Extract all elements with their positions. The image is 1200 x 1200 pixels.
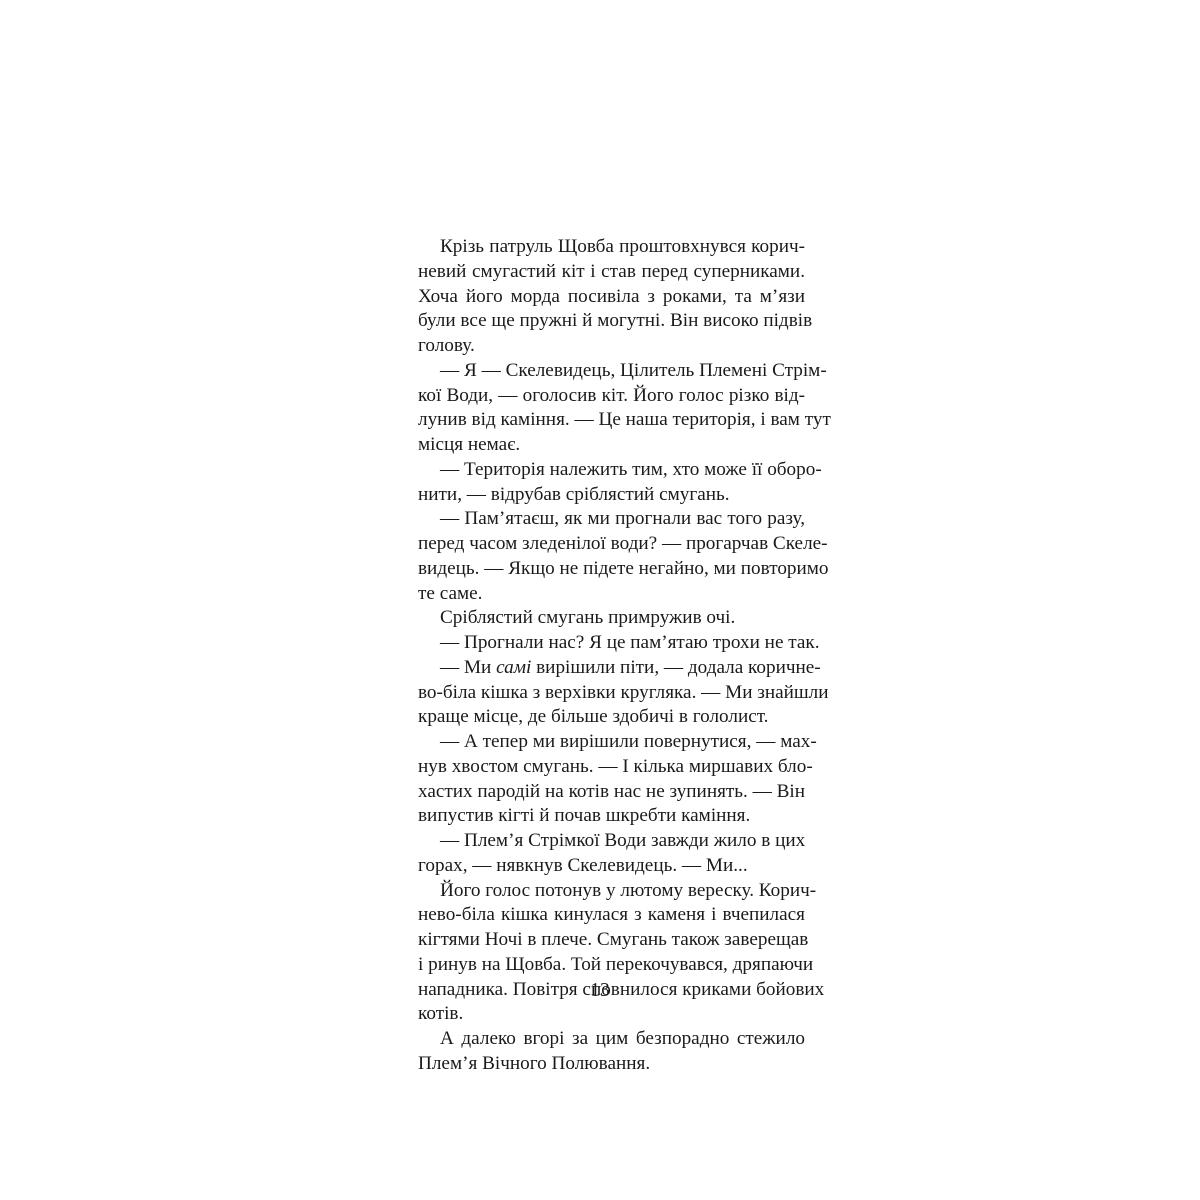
text-line: нув хвостом смугань. — І кілька миршавих…: [396, 755, 805, 780]
text-line: — А тепер ми вирішили повернутися, — мах…: [396, 730, 805, 755]
paragraph: Сріблястий смугань примружив очі.: [396, 606, 805, 631]
text-segment: — Ми: [440, 657, 496, 678]
text-line: Сріблястий смугань примружив очі.: [396, 606, 805, 631]
text-line: А далеко вгорі за цим безпорадно стежило: [396, 1027, 805, 1052]
text-line: нити, — відрубав сріблястий смугань.: [396, 483, 805, 508]
text-line: — Плем’я Стрімкої Води завжди жило в цих: [396, 829, 805, 854]
text-line: були все ще пружні й могутні. Він високо…: [396, 309, 805, 334]
text-line: во-біла кішка з верхівки кругляка. — Ми …: [396, 681, 805, 706]
text-line: кігтями Ночі в плече. Смугань також заве…: [396, 928, 805, 953]
text-line: Хоча його морда посивіла з роками, та м’…: [396, 285, 805, 310]
text-line: Його голос потонув у лютому вереску. Кор…: [396, 879, 805, 904]
text-line: — Територія належить тим, хто може її об…: [396, 458, 805, 483]
text-line: голову.: [396, 334, 805, 359]
paragraph: — Плем’я Стрімкої Води завжди жило в цих…: [396, 829, 805, 879]
text-line: Плем’я Вічного Полювання.: [396, 1052, 805, 1077]
text-line: випустив кігті й почав шкребти каміння.: [396, 804, 805, 829]
paragraph: — Ми самі вирішили піти, — додала коричн…: [396, 656, 805, 730]
text-line: кої Води, — оголосив кіт. Його голос різ…: [396, 384, 805, 409]
paragraph: — А тепер ми вирішили повернутися, — мах…: [396, 730, 805, 829]
text-line: невий смугастий кіт і став перед суперни…: [396, 260, 805, 285]
text-line: горах, — нявкнув Скелевидець. — Ми...: [396, 854, 805, 879]
paragraph: — Територія належить тим, хто може її об…: [396, 458, 805, 508]
paragraph: — Пам’ятаєш, як ми прогнали вас того раз…: [396, 507, 805, 606]
text-line: те саме.: [396, 582, 805, 607]
text-line: нево-біла кішка кинулася з каменя і вчеп…: [396, 903, 805, 928]
paragraph: А далеко вгорі за цим безпорадно стежило…: [396, 1027, 805, 1077]
book-page: Крізь патруль Щовба проштовхнувся корич-…: [0, 0, 1200, 1200]
page-number: 13: [0, 980, 1200, 1002]
paragraph: Крізь патруль Щовба проштовхнувся корич-…: [396, 235, 805, 359]
text-line: краще місце, де більше здобичі в гололис…: [396, 705, 805, 730]
text-line: — Ми самі вирішили піти, — додала коричн…: [396, 656, 805, 681]
emphasized-word: самі: [496, 657, 531, 678]
paragraph: Його голос потонув у лютому вереску. Кор…: [396, 879, 805, 1028]
page-body-text: Крізь патруль Щовба проштовхнувся корич-…: [396, 235, 805, 1077]
text-line: лунив від каміння. — Це наша територія, …: [396, 408, 805, 433]
text-line: — Я — Скелевидець, Цілитель Племені Стрі…: [396, 359, 805, 384]
text-line: хастих пародій на котів нас не зупинять.…: [396, 780, 805, 805]
text-line: видець. — Якщо не підете негайно, ми пов…: [396, 557, 805, 582]
text-line: Крізь патруль Щовба проштовхнувся корич-: [396, 235, 805, 260]
text-line: котів.: [396, 1002, 805, 1027]
text-segment: вирішили піти, — додала коричне-: [531, 657, 820, 678]
text-line: — Прогнали нас? Я це пам’ятаю трохи не т…: [396, 631, 805, 656]
text-line: перед часом зледенілої води? — прогарчав…: [396, 532, 805, 557]
paragraph: — Прогнали нас? Я це пам’ятаю трохи не т…: [396, 631, 805, 656]
paragraph: — Я — Скелевидець, Цілитель Племені Стрі…: [396, 359, 805, 458]
text-line: — Пам’ятаєш, як ми прогнали вас того раз…: [396, 507, 805, 532]
text-line: і ринув на Щовба. Той перекочувався, дря…: [396, 953, 805, 978]
text-line: місця немає.: [396, 433, 805, 458]
